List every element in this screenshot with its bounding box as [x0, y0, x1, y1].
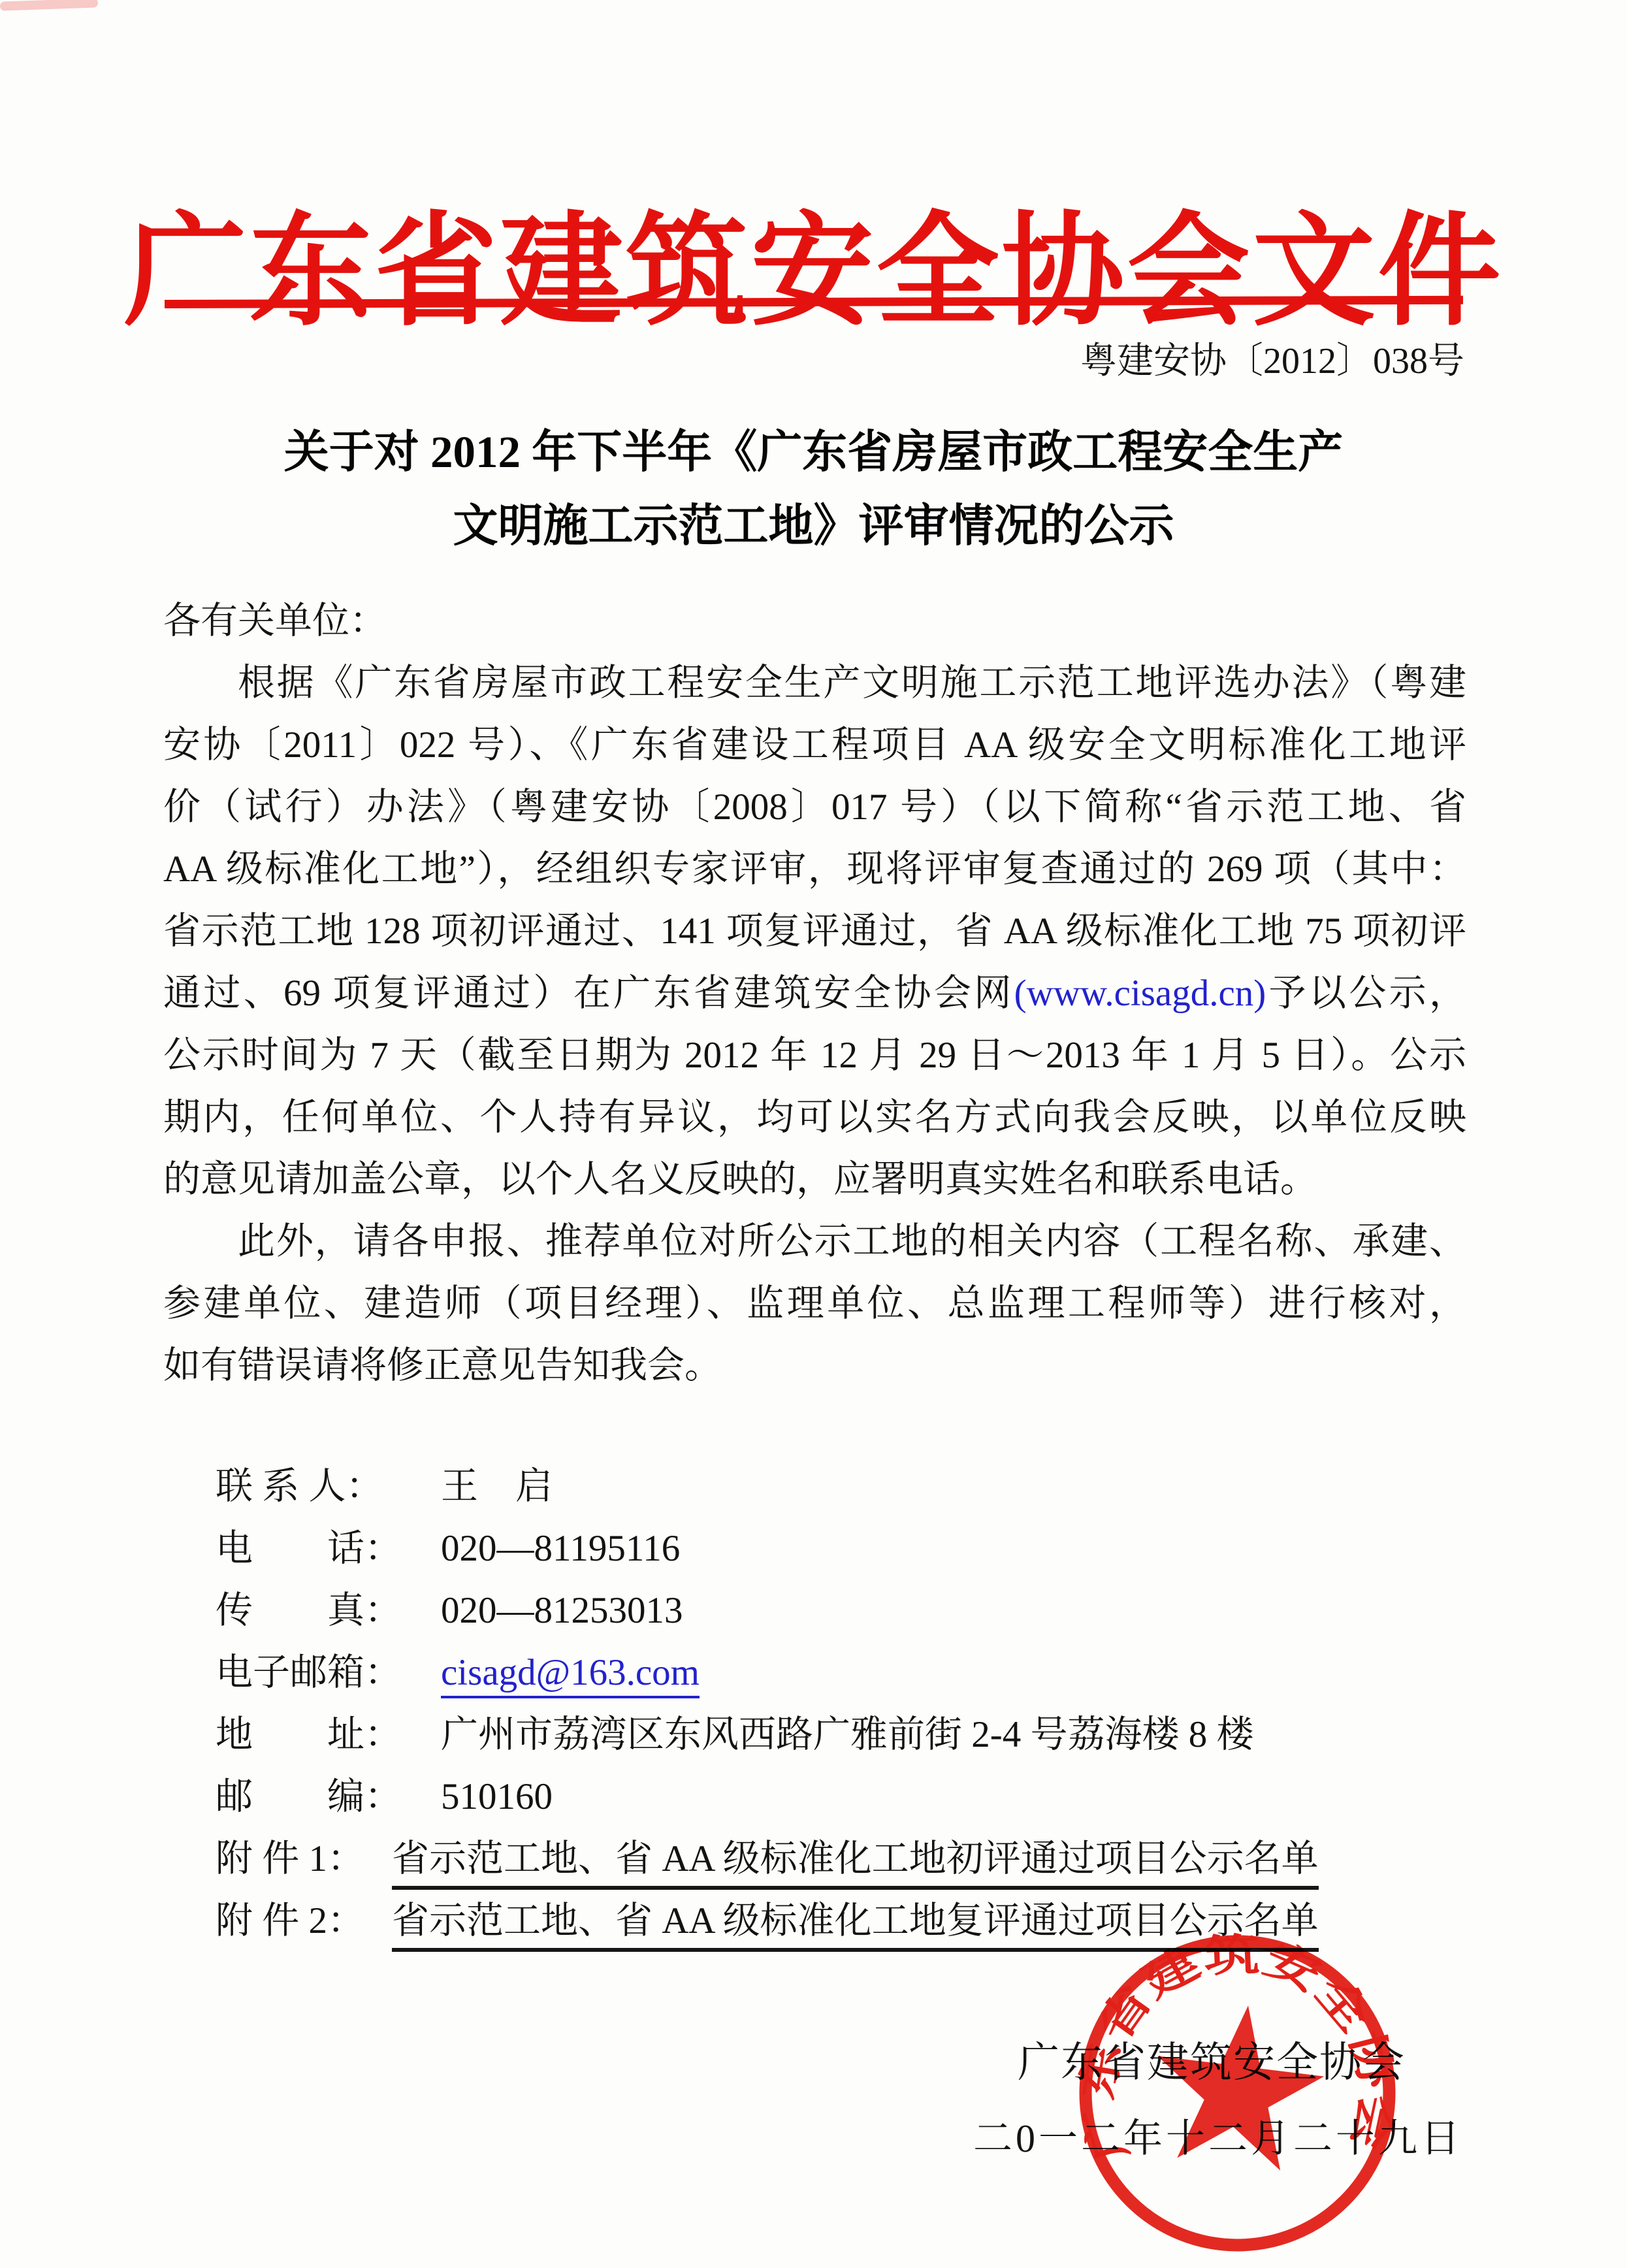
fax-label: 传 真： [216, 1579, 441, 1642]
fax-row: 传 真：020—81253013 [216, 1579, 1476, 1642]
body-line: 参建单位、建造师（项目经理）、监理单位、总监理工程师等）进行核对， [163, 1272, 1466, 1335]
attachment-1-title: 省示范工地、省 AA 级标准化工地初评通过项目公示名单 [392, 1838, 1319, 1890]
postcode-label: 邮 编： [216, 1766, 441, 1828]
contact-person-value: 王 启 [441, 1466, 553, 1507]
body-line: 省示范工地 128 项初评通过、141 项复评通过，省 AA 级标准化工地 75… [163, 900, 1466, 962]
fax-value: 020—81253013 [441, 1590, 683, 1631]
body-line: 的意见请加盖公章，以个人名义反映的，应署明真实姓名和联系电话。 [163, 1148, 1466, 1210]
attachment-1-label: 附 件 1： [216, 1828, 392, 1890]
document-page: 广东省建筑安全协会文件 粤建安协〔2012〕038号 关于对 2012 年下半年… [0, 0, 1627, 2268]
attachment-2-label: 附 件 2： [216, 1890, 392, 1952]
header-org-title: 广东省建筑安全协会文件 [0, 208, 1627, 336]
phone-value: 020—81195116 [441, 1528, 680, 1569]
body-salutation: 各有关单位： [163, 590, 1466, 652]
body-line-with-link: 通过、69 项复评通过）在广东省建筑安全协会网(www.cisagd.cn)予以… [163, 962, 1466, 1024]
scan-artifact [0, 0, 98, 11]
postcode-row: 邮 编：510160 [216, 1766, 1476, 1828]
contact-person-label: 联 系 人： [216, 1455, 441, 1517]
body-line: 如有错误请将修正意见告知我会。 [163, 1335, 1466, 1397]
address-row: 地 址：广州市荔湾区东风西路广雅前街 2-4 号荔海楼 8 楼 [216, 1704, 1476, 1766]
phone-label: 电 话： [216, 1517, 441, 1579]
body-line-link-before: 通过、69 项复评通过）在广东省建筑安全协会网 [163, 973, 1014, 1014]
attachment-1-row: 附 件 1：省示范工地、省 AA 级标准化工地初评通过项目公示名单 [216, 1828, 1476, 1890]
email-label: 电子邮箱： [216, 1642, 441, 1704]
official-seal-stamp: 广东省建筑安全协会 [1072, 1928, 1402, 2258]
address-value: 广州市荔湾区东风西路广雅前街 2-4 号荔海楼 8 楼 [441, 1714, 1253, 1755]
contact-person-row: 联 系 人：王 启 [216, 1455, 1476, 1517]
email-row: 电子邮箱：cisagd@163.com [216, 1642, 1476, 1704]
document-body: 各有关单位： 根据《广东省房屋市政工程安全生产文明施工示范工地评选办法》（粤建 … [163, 590, 1466, 1397]
address-label: 地 址： [216, 1704, 441, 1766]
document-title-line1: 关于对 2012 年下半年《广东省房屋市政工程安全生产 [0, 415, 1627, 489]
body-line: 根据《广东省房屋市政工程安全生产文明施工示范工地评选办法》（粤建 [163, 652, 1466, 714]
document-number: 粤建安协〔2012〕038号 [0, 340, 1464, 383]
phone-row: 电 话：020—81195116 [216, 1517, 1476, 1579]
email-link[interactable]: cisagd@163.com [441, 1652, 700, 1698]
document-title: 关于对 2012 年下半年《广东省房屋市政工程安全生产 文明施工示范工地》评审情… [0, 415, 1627, 563]
body-line: 安协〔2011〕022 号）、《广东省建设工程项目 AA 级安全文明标准化工地评 [163, 714, 1466, 776]
seal-star-icon [1145, 1996, 1331, 2175]
website-link[interactable]: (www.cisagd.cn) [1014, 973, 1266, 1014]
body-line-link-after: 予以公示， [1266, 973, 1466, 1014]
body-line: 此外，请各申报、推荐单位对所公示工地的相关内容（工程名称、承建、 [163, 1210, 1466, 1272]
postcode-value: 510160 [441, 1776, 553, 1817]
body-line: AA 级标准化工地”），经组织专家评审，现将评审复查通过的 269 项（其中： [163, 838, 1466, 900]
contact-info-block: 联 系 人：王 启 电 话：020—81195116 传 真：020—81253… [216, 1455, 1476, 1952]
body-line: 价（试行）办法》（粤建安协〔2008〕017 号）（以下简称“省示范工地、省 [163, 776, 1466, 838]
body-line: 公示时间为 7 天（截至日期为 2012 年 12 月 29 日～2013 年 … [163, 1024, 1466, 1086]
document-title-line2: 文明施工示范工地》评审情况的公示 [0, 489, 1627, 563]
body-line: 期内，任何单位、个人持有异议，均可以实名方式向我会反映，以单位反映 [163, 1086, 1466, 1148]
